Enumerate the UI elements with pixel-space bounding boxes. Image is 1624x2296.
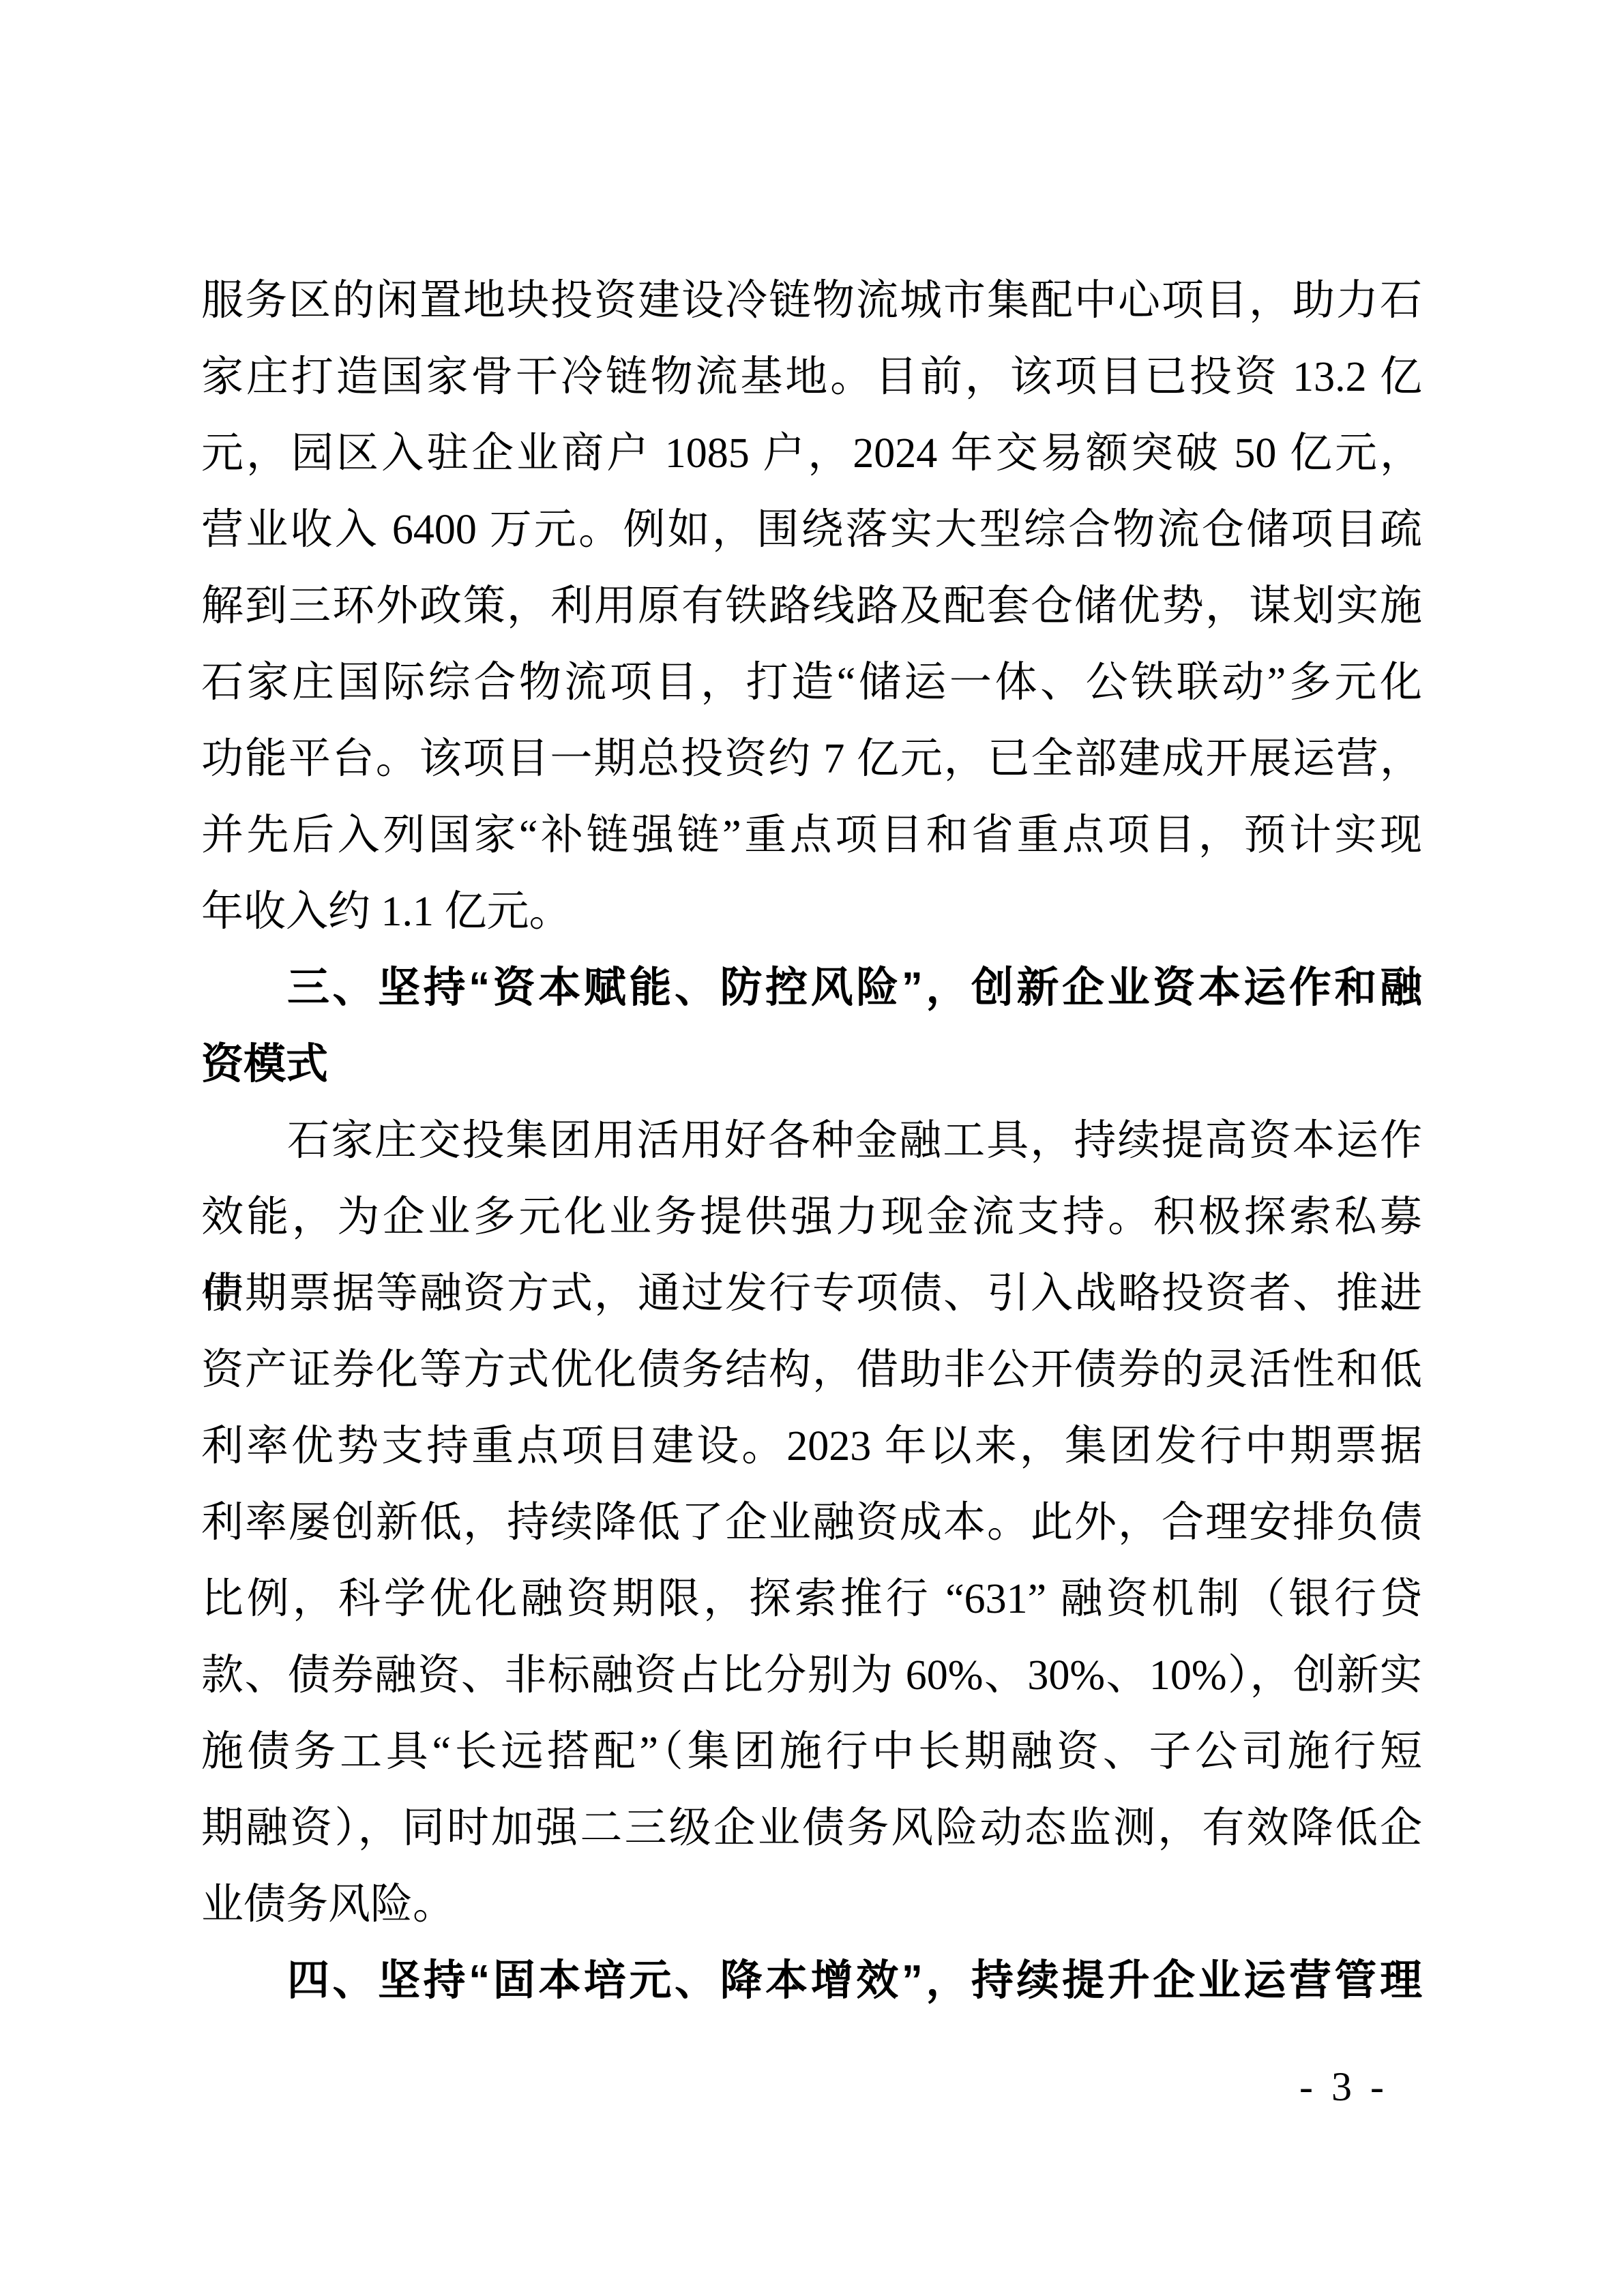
body-text-line: 利率屡创新低，持续降低了企业融资成本。此外，合理安排负债 [201, 1485, 1422, 1561]
body-text-line: 石家庄国际综合物流项目，打造“储运一体、公铁联动”多元化 [201, 644, 1422, 721]
section-heading-line: 资模式 [201, 1026, 1422, 1103]
body-text-line: 效能，为企业多元化业务提供强力现金流支持。积极探索私募债、 [201, 1179, 1422, 1255]
body-text-line: 施债务工具“长远搭配”（集团施行中长期融资、子公司施行短 [201, 1714, 1422, 1790]
body-text-line: 资产证券化等方式优化债务结构，借助非公开债券的灵活性和低 [201, 1332, 1422, 1408]
body-text-line: 利率优势支持重点项目建设。2023 年以来，集团发行中期票据 [201, 1408, 1422, 1485]
document-body: 服务区的闲置地块投资建设冷链物流城市集配中心项目，助力石家庄打造国家骨干冷链物流… [201, 263, 1422, 2019]
body-text-line: 营业收入 6400 万元。例如，围绕落实大型综合物流仓储项目疏 [201, 492, 1422, 568]
body-text-line: 期融资），同时加强二三级企业债务风险动态监测，有效降低企 [201, 1790, 1422, 1866]
body-text-line: 功能平台。该项目一期总投资约 7 亿元，已全部建成开展运营， [201, 721, 1422, 797]
section-heading-line: 三、坚持“资本赋能、防控风险”，创新企业资本运作和融 [201, 950, 1422, 1026]
body-text-line: 年收入约 1.1 亿元。 [201, 874, 1422, 950]
body-text-line: 比例，科学优化融资期限，探索推行 “631” 融资机制（银行贷 [201, 1561, 1422, 1637]
body-text-line: 业债务风险。 [201, 1866, 1422, 1943]
body-text-line: 中期票据等融资方式，通过发行专项债、引入战略投资者、推进 [201, 1255, 1422, 1332]
body-text-line: 家庄打造国家骨干冷链物流基地。目前，该项目已投资 13.2 亿 [201, 339, 1422, 415]
section-heading-line: 四、坚持“固本培元、降本增效”，持续提升企业运营管理 [201, 1943, 1422, 2019]
body-text-line: 款、债券融资、非标融资占比分别为 60%、30%、10%），创新实 [201, 1637, 1422, 1714]
body-text-line: 解到三环外政策，利用原有铁路线路及配套仓储优势，谋划实施 [201, 568, 1422, 644]
body-text-line: 元，园区入驻企业商户 1085 户，2024 年交易额突破 50 亿元， [201, 415, 1422, 492]
body-text-line: 石家庄交投集团用活用好各种金融工具，持续提高资本运作 [201, 1103, 1422, 1179]
body-text-line: 并先后入列国家“补链强链”重点项目和省重点项目，预计实现 [201, 797, 1422, 874]
page-number: - 3 - [1299, 2065, 1388, 2108]
document-page: 服务区的闲置地块投资建设冷链物流城市集配中心项目，助力石家庄打造国家骨干冷链物流… [0, 0, 1624, 2296]
body-text-line: 服务区的闲置地块投资建设冷链物流城市集配中心项目，助力石 [201, 263, 1422, 339]
